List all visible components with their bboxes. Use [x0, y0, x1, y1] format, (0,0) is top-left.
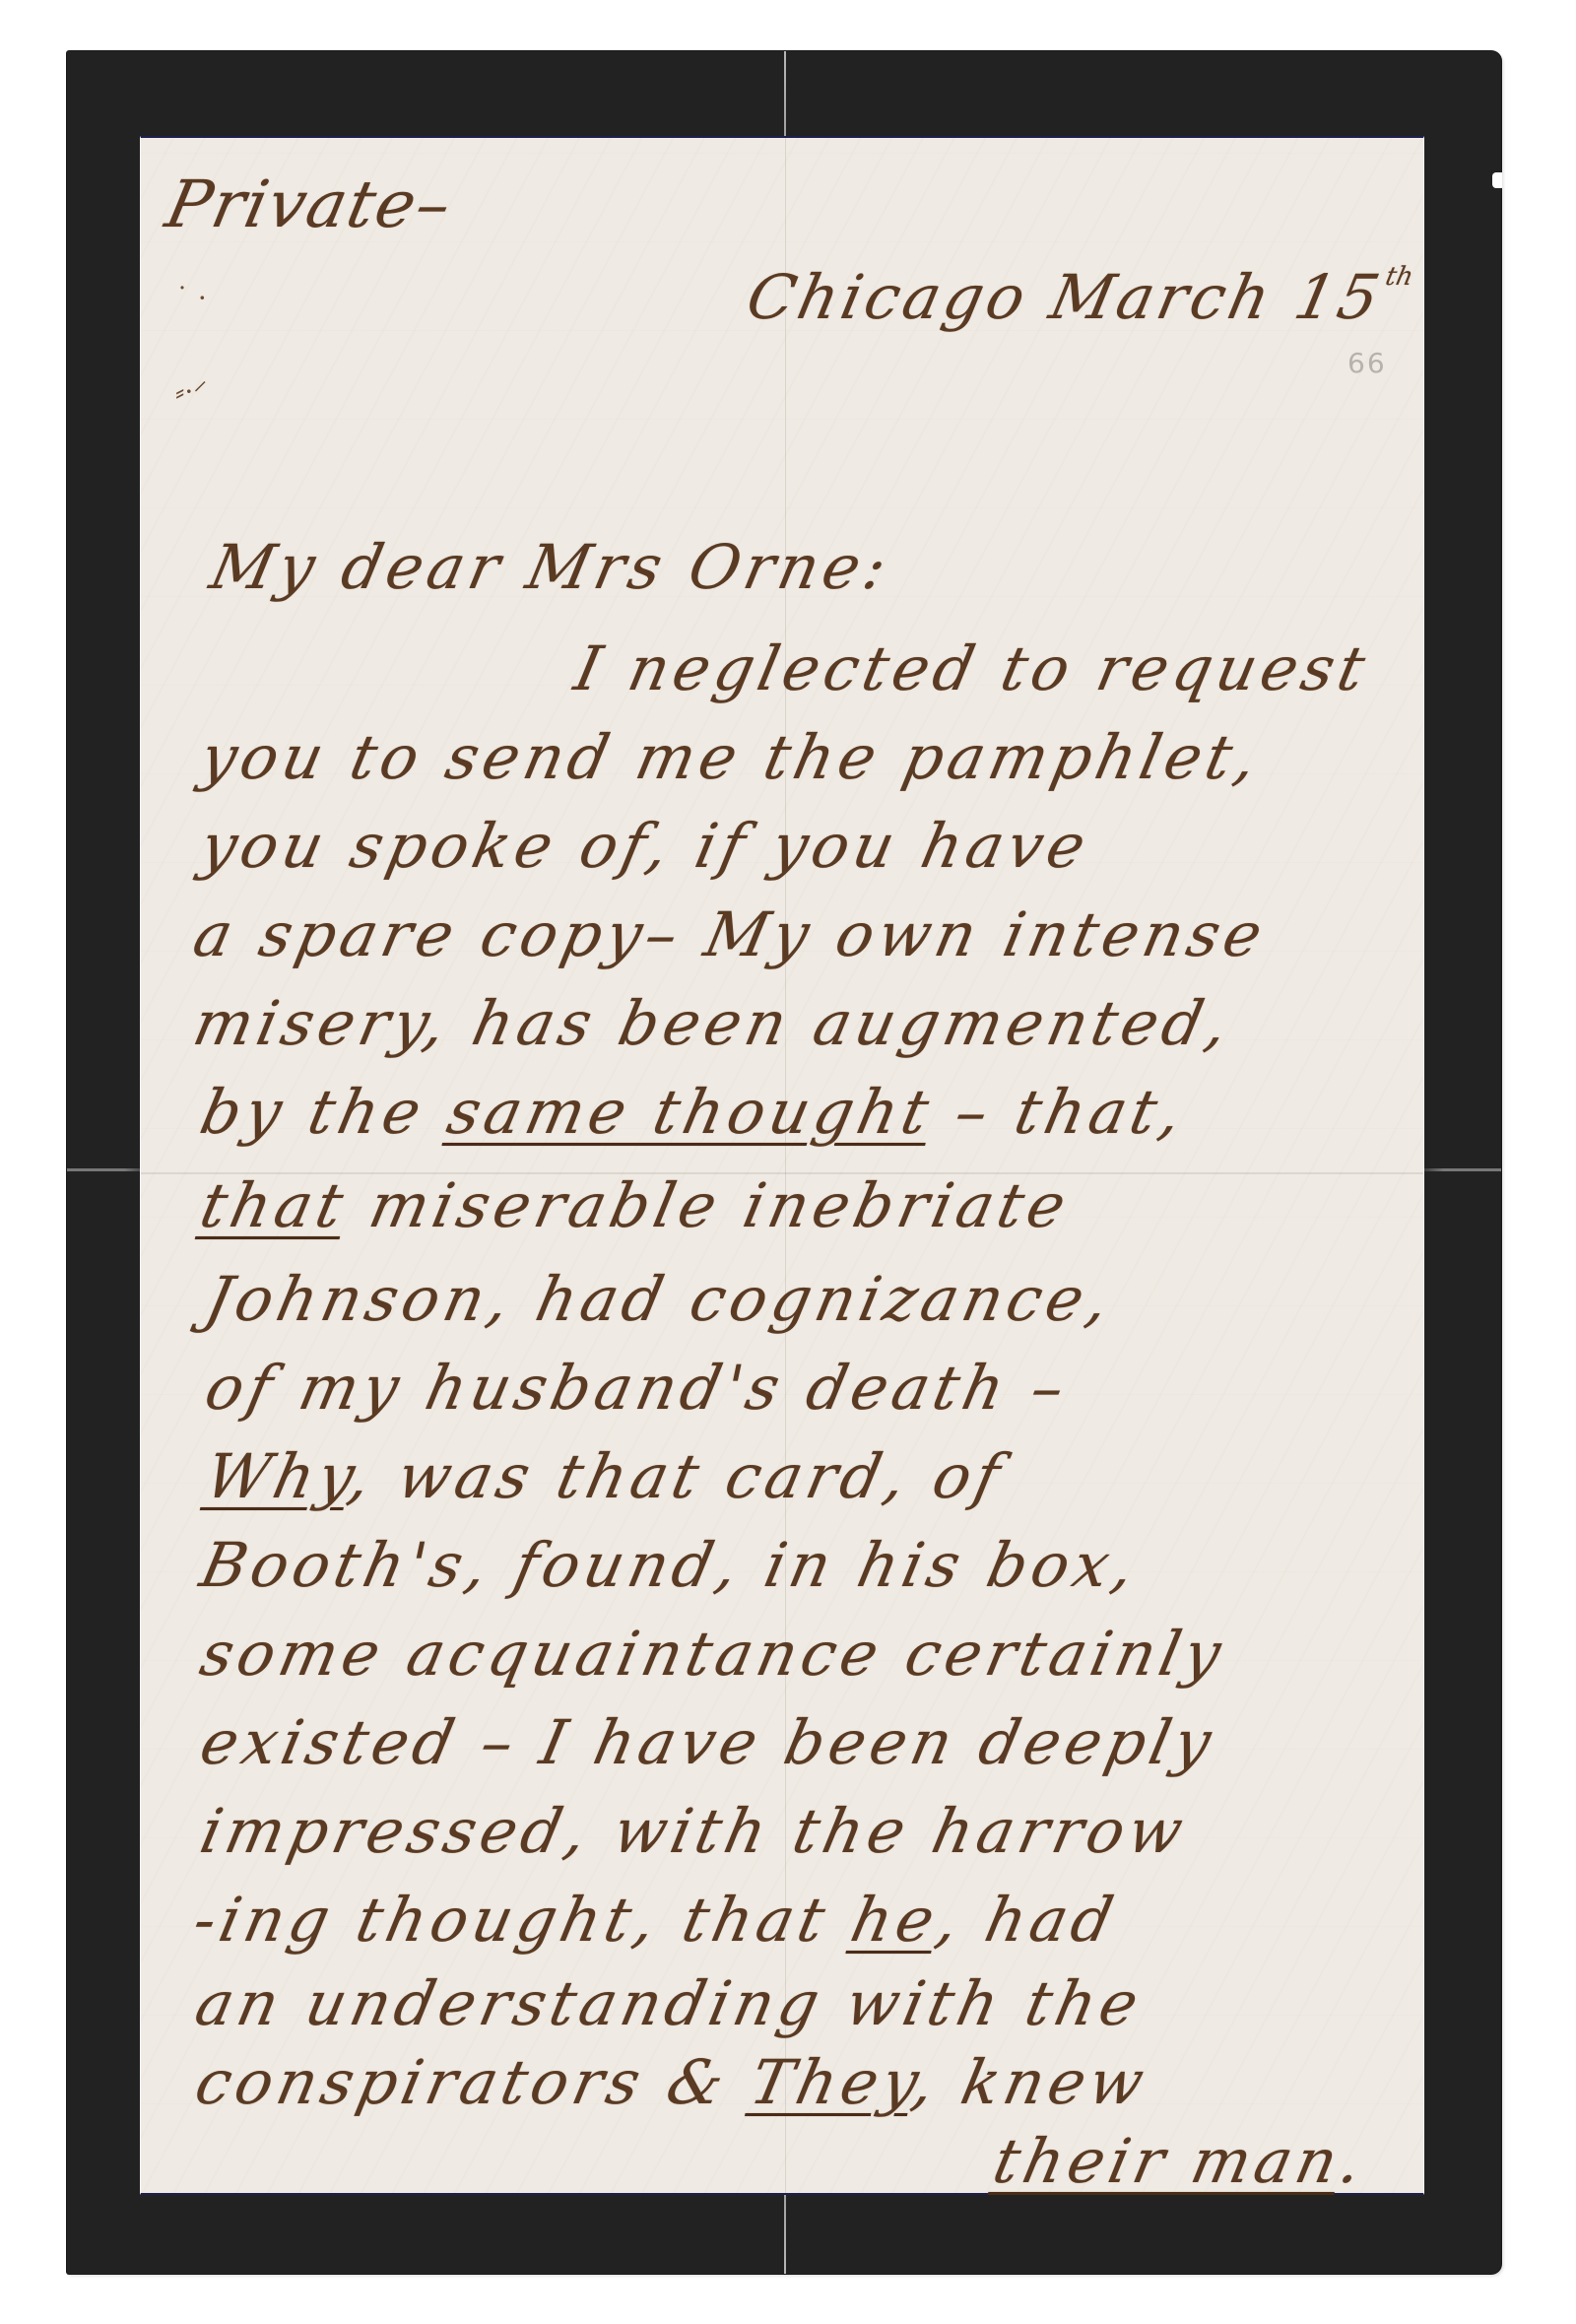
body-line: some acquaintance certainly — [195, 1624, 1230, 1685]
body-line: by the same thought – that, — [195, 1082, 1191, 1143]
underlined-phrase: he — [845, 1884, 946, 1956]
body-line: Booth's, found, in his box, — [195, 1535, 1144, 1596]
body-line: that miserable inebriate — [195, 1175, 1075, 1236]
underlined-phrase: Why — [199, 1440, 358, 1512]
body-line: -ing thought, that he, had — [188, 1890, 1122, 1951]
dateline: Chicago March 15th — [742, 264, 1415, 328]
body-line: conspirators & They, knew — [190, 2052, 1153, 2113]
place-date: Chicago March 15 — [741, 261, 1389, 333]
body-line: you to send me the pamphlet, — [195, 727, 1267, 788]
body-line: misery, has been augmented, — [188, 993, 1237, 1054]
underlined-phrase: same thought — [441, 1076, 940, 1148]
salutation: My dear Mrs Orne: — [205, 537, 896, 598]
letter-heading: Private– — [161, 172, 458, 237]
body-line: Why, was that card, of — [200, 1446, 1010, 1507]
underlined-phrase: that — [194, 1169, 354, 1241]
ink-mark: ⸗·⸍ — [175, 372, 207, 410]
body-line: existed – I have been deeply — [195, 1712, 1220, 1773]
body-line: you spoke of, if you have — [195, 816, 1095, 877]
underlined-phrase: They — [745, 2046, 922, 2118]
ink-mark: ˙ · — [175, 282, 207, 314]
body-line: a spare copy– My own intense — [188, 904, 1272, 965]
body-line: Johnson, had cognizance, — [200, 1269, 1118, 1330]
pencil-annotation: 66 — [1347, 347, 1387, 379]
body-line: an understanding with the — [190, 1973, 1148, 2034]
body-line: impressed, with the harrow — [195, 1801, 1193, 1862]
body-line: I neglected to request — [569, 638, 1374, 699]
edge-notch — [1492, 172, 1502, 188]
underlined-phrase: their man — [987, 2125, 1348, 2197]
body-line: of my husband's death – — [200, 1358, 1074, 1419]
body-line: their man. — [988, 2131, 1371, 2192]
